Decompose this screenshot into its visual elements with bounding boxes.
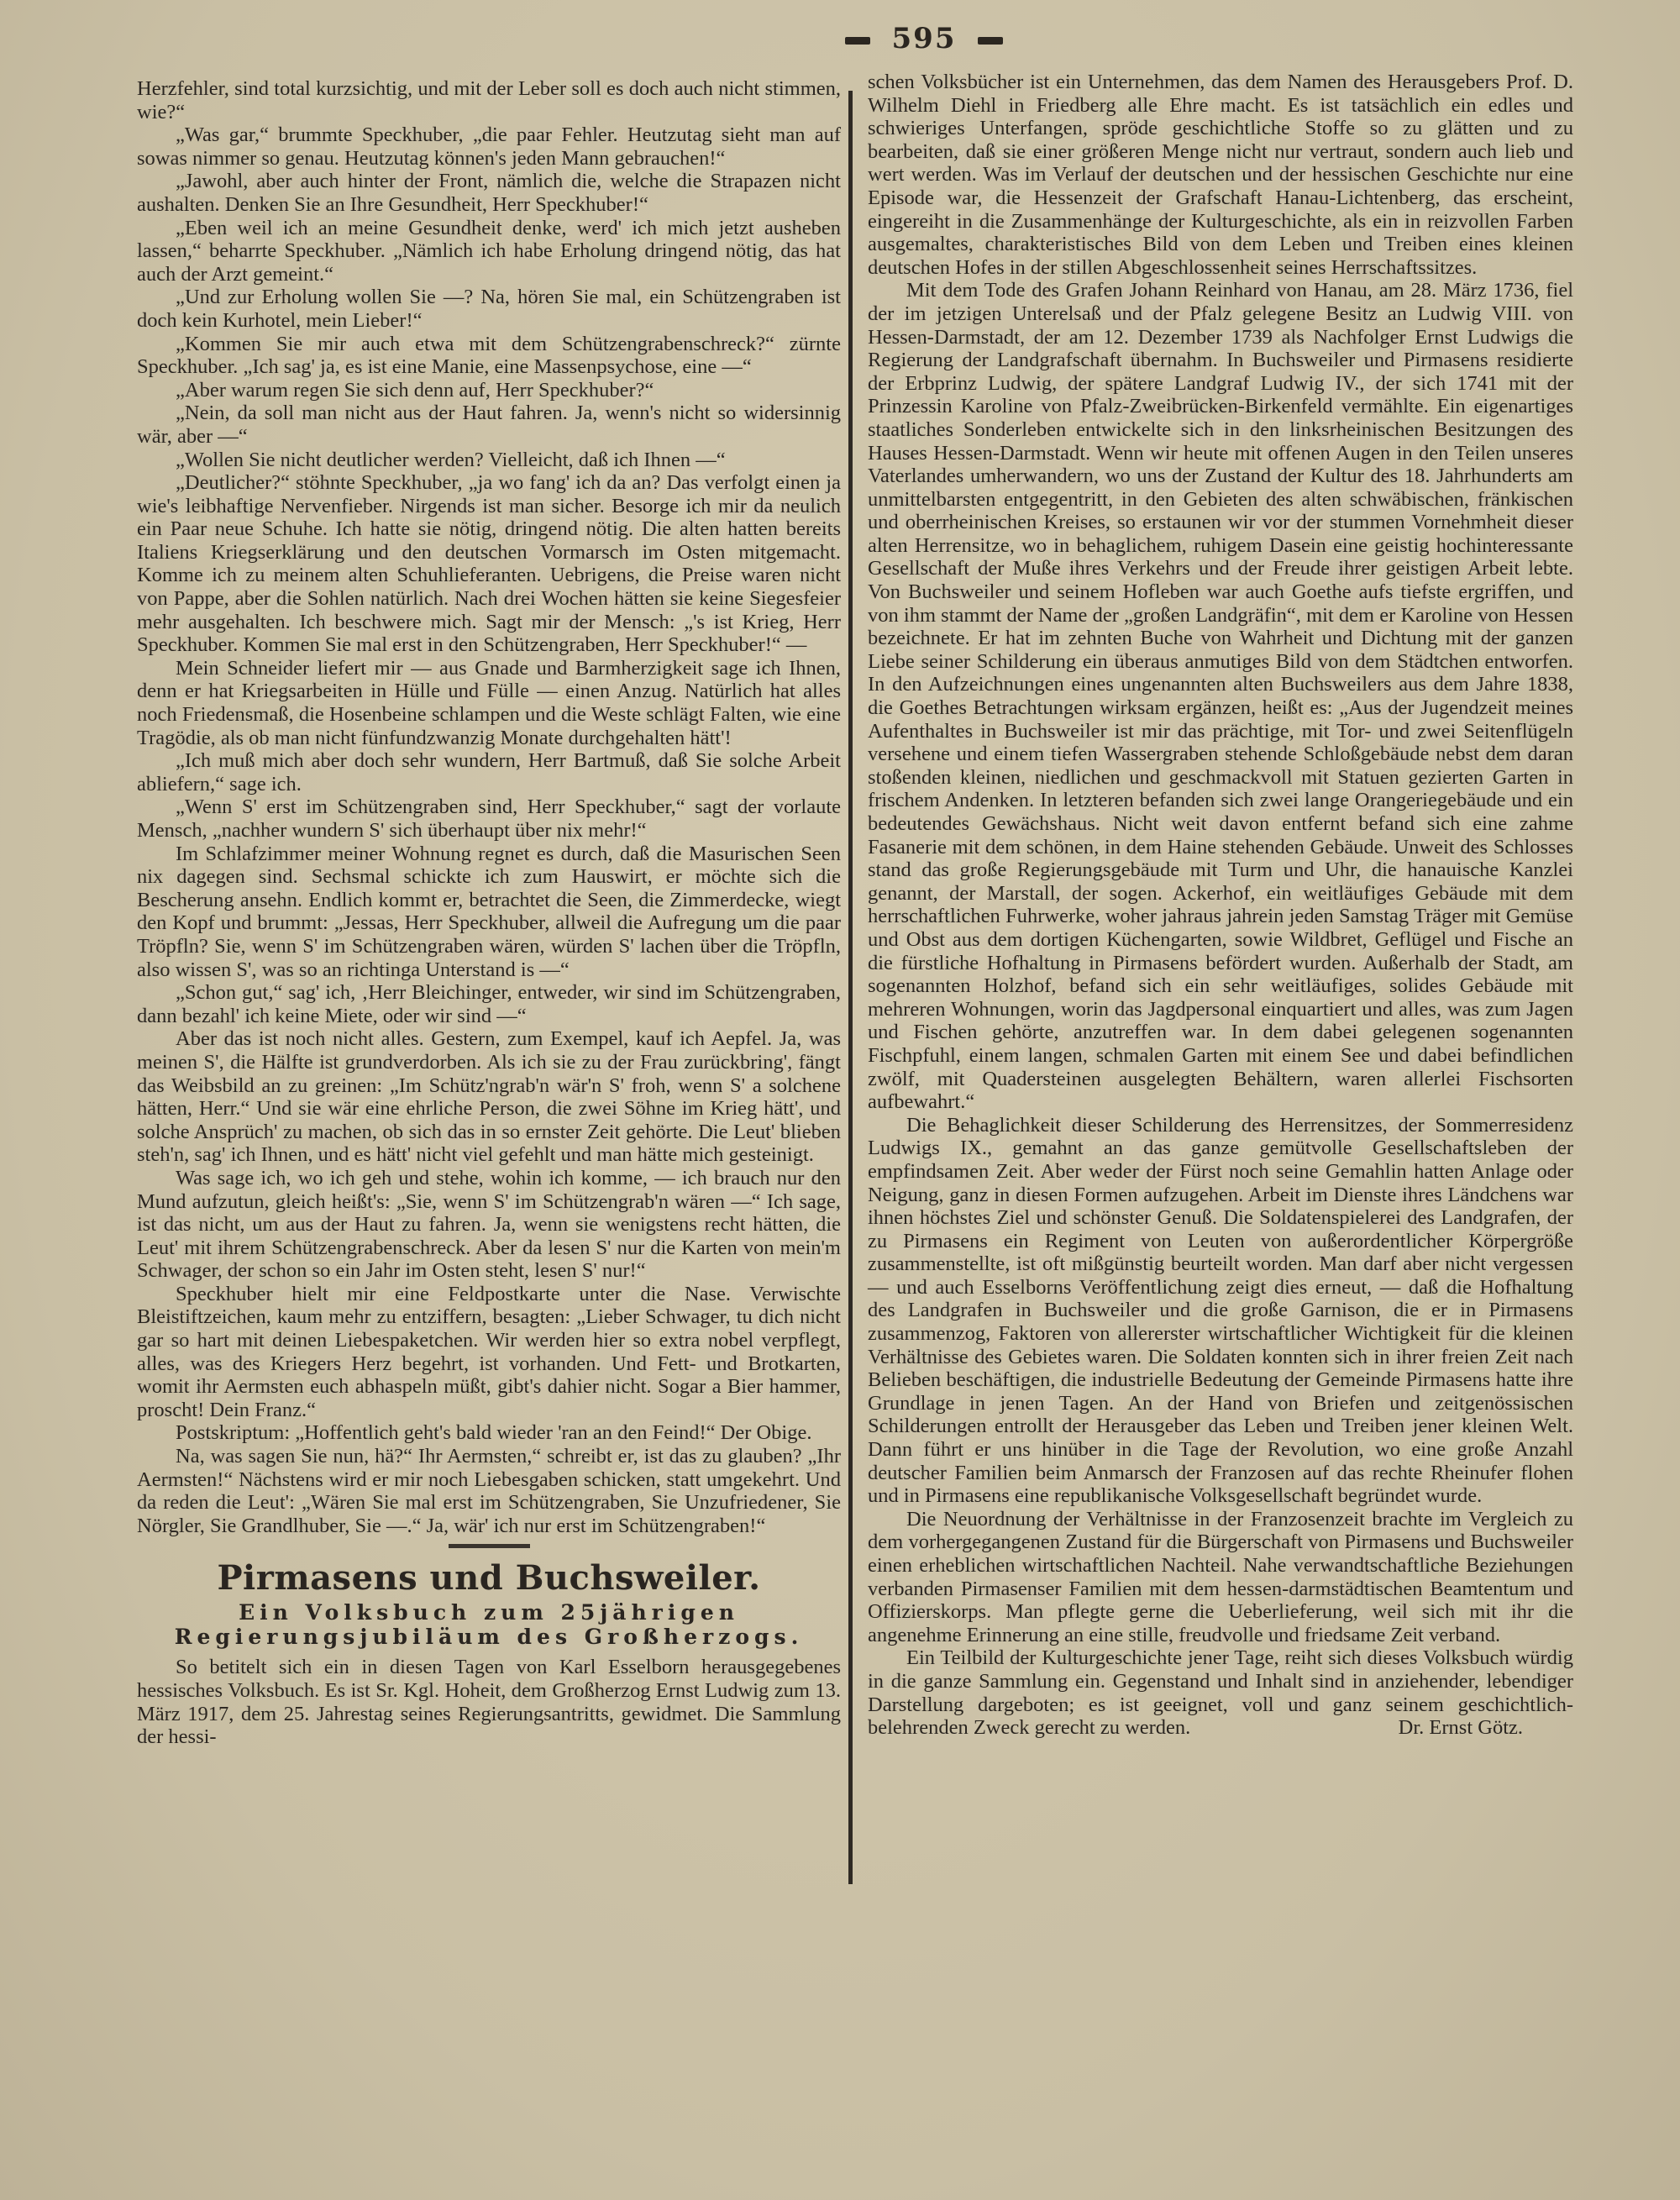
story-paragraph: „Kommen Sie mir auch etwa mit dem Schütz… — [137, 333, 841, 379]
story-paragraph: „Ich muß mich aber doch sehr wundern, He… — [137, 749, 841, 795]
article-intro-paragraph: So betitelt sich ein in diesen Tagen von… — [137, 1656, 841, 1748]
story-paragraph: Na, was sagen Sie nun, hä?“ Ihr Aermsten… — [137, 1445, 841, 1537]
page-number: 595 — [892, 22, 957, 55]
story-paragraph: „Eben weil ich an meine Gesundheit denke… — [137, 217, 841, 286]
story-paragraph: Im Schlafzimmer meiner Wohnung regnet es… — [137, 843, 841, 982]
story-paragraph: Herzfehler, sind total kurzsichtig, und … — [137, 77, 841, 123]
right-column: schen Volksbücher ist ein Unternehmen, d… — [868, 71, 1573, 1740]
article-title: Pirmasens und Buchsweiler. — [137, 1558, 841, 1599]
story-paragraph: „Und zur Erholung wollen Sie —? Na, höre… — [137, 286, 841, 332]
story-paragraph: Postskriptum: „Hoffentlich geht's bald w… — [137, 1421, 841, 1445]
page-number-header: 595 — [802, 22, 1046, 55]
story-paragraph: „Schon gut,“ sag' ich, ‚Herr Bleichinger… — [137, 981, 841, 1027]
story-paragraph: Aber das ist noch nicht alles. Gestern, … — [137, 1027, 841, 1167]
section-divider-rule — [449, 1544, 530, 1548]
article-paragraph: Die Neuordnung der Verhältnisse in der F… — [868, 1508, 1573, 1647]
story-paragraph: „Deutlicher?“ stöhnte Speckhuber, „ja wo… — [137, 471, 841, 657]
dash-ornament-right — [978, 37, 1003, 45]
story-paragraph: „Was gar,“ brummte Speckhuber, „die paar… — [137, 123, 841, 170]
story-paragraph: „Aber warum regen Sie sich denn auf, Her… — [137, 379, 841, 402]
left-column: Herzfehler, sind total kurzsichtig, und … — [137, 77, 841, 1749]
article-subtitle: Ein Volksbuch zum 25jährigen Regierungsj… — [137, 1600, 841, 1649]
column-divider — [848, 91, 853, 1884]
article-paragraph: Mit dem Tode des Grafen Johann Reinhard … — [868, 279, 1573, 1113]
story-paragraph: „Jawohl, aber auch hinter der Front, näm… — [137, 170, 841, 216]
article-paragraph: Die Behaglichkeit dieser Schilderung des… — [868, 1114, 1573, 1508]
story-paragraph: Mein Schneider liefert mir — aus Gnade u… — [137, 657, 841, 749]
story-paragraph: „Nein, da soll man nicht aus der Haut fa… — [137, 402, 841, 448]
story-paragraph: Was sage ich, wo ich geh und stehe, wohi… — [137, 1167, 841, 1283]
story-paragraph: Speckhuber hielt mir eine Feldpostkarte … — [137, 1283, 841, 1422]
dash-ornament-left — [845, 37, 870, 45]
story-paragraph: „Wenn S' erst im Schützengraben sind, He… — [137, 795, 841, 842]
story-paragraph: „Wollen Sie nicht deutlicher werden? Vie… — [137, 449, 841, 472]
article-paragraph: schen Volksbücher ist ein Unternehmen, d… — [868, 71, 1573, 279]
